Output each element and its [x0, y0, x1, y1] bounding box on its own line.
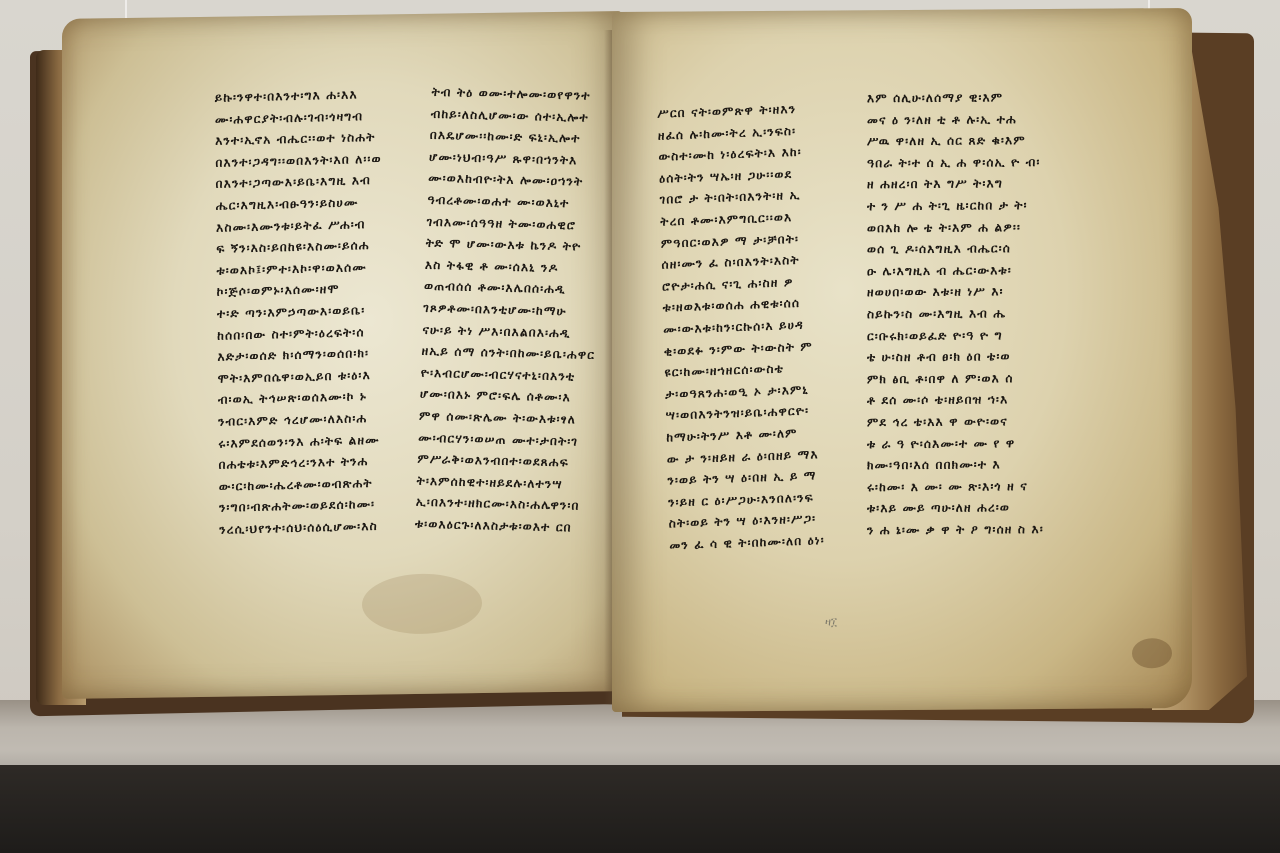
text-line: ሥዉ ዋ፡ለዘ ኢ ሰር ጸድ ቁ፡እም: [867, 130, 1117, 153]
text-line: ሩ፡ከሙ፡ እ ሙ፡ ሙ ጽ፡እ፡ጎ ዘ ና: [867, 475, 1117, 498]
text-line: ንረሲ፡ህየንተ፡ሰህ፡ሰዕሲሆሙ፡እስ: [219, 515, 409, 541]
text-line: መና ዕ ን፡ለዘ ቲ ቶ ሉ፡ኢ ተሐ: [867, 108, 1117, 131]
text-line: ን ሐ ኔ፡ሙ ቃ ዋ ት ዖ ግ፡ሰዘ ስ እ፡: [867, 518, 1117, 541]
text-line: ዘ ሐዘረ፡በ ትእ ግሥ ት፡እግ: [867, 173, 1117, 196]
left-page: ይኩ፡ንዋተ፡በእንተ፡ግእ ሐ፡እእ ሙ፡ሐዋርያት፡ብሉ፡ገብ፡ጎዛግብ እ…: [62, 11, 622, 699]
manuscript-book: ይኩ፡ንዋተ፡በእንተ፡ግእ ሐ፡እእ ሙ፡ሐዋርያት፡ብሉ፡ገብ፡ጎዛግብ እ…: [22, 10, 1257, 715]
floor-shadow: [0, 765, 1280, 853]
text-line: ክሙ፡ዓበ፡እሰ በበክሙ፡ተ እ: [867, 454, 1117, 477]
right-page-column-2: እም ሰሊሁ፡ለሰማያ ዊ፡እም መና ዕ ን፡ለዘ ቲ ቶ ሉ፡ኢ ተሐ ሥዉ…: [867, 86, 1117, 541]
right-page: ሥርበ ናት፡ወምጽዋ ት፡ዘእን ዘፈሰ ሉ፡ከሙ፡ትረ ኢ፡ንፍስ፡ ውስተ…: [612, 8, 1192, 712]
text-line: ምክ ፅቢ ቶ፡በዋ ለ ም፡ወእ ሰ: [867, 367, 1117, 390]
text-line: ወሰ ጊ ዶ፡ሰእግዚእ ብሔር፡ሰ: [867, 238, 1117, 261]
text-line: ዓበራ ት፡ተ ሰ ኢ ሐ ዋ፡ሰኢ ዮ ብ፡: [867, 151, 1117, 174]
text-line: እም ሰሊሁ፡ለሰማያ ዊ፡እም: [867, 86, 1117, 109]
text-line: ምደ ኅረ ቴ፡እእ ዋ ውዮ፡ወና: [867, 410, 1117, 433]
text-line: ወበእከ ሎ ቴ ት፡እም ሐ ልዎ፡፡: [867, 216, 1117, 239]
left-page-column-2: ትብ ትዕ ወሙ፡ተሎሙ፡ወየዋንተ ብከይ፡ለስሊሆሙ፡ው ሰተ፡ኢሎተ በእ…: [415, 82, 617, 540]
parchment-stain: [1132, 638, 1172, 668]
text-line: ዑ ሌ፡እግዚአ ብ ሔር፡ውእቱ፡: [867, 259, 1117, 282]
text-line: ተ ን ሥ ሐ ት፡ጊ ዜ፡ርከበ ታ ት፡: [867, 194, 1117, 217]
text-line: ር፡ቡሩክ፡ወይፈድ ዮ፡ዓ ዮ ግ: [867, 324, 1117, 347]
text-line: ቶ ደሰ ሙ፡ሶ ቴ፡ዘይበዝ ኀ፡እ: [867, 389, 1117, 412]
right-page-column-1: ሥርበ ናት፡ወምጽዋ ት፡ዘእን ዘፈሰ ሉ፡ከሙ፡ትረ ኢ፡ንፍስ፡ ውስተ…: [657, 97, 870, 557]
parchment-stain: [362, 573, 482, 635]
left-page-column-1: ይኩ፡ንዋተ፡በእንተ፡ግእ ሐ፡እእ ሙ፡ሐዋርያት፡ብሉ፡ገብ፡ጎዛግብ እ…: [215, 83, 410, 541]
folio-number-mark: ዛ፲: [825, 615, 837, 629]
text-line: ቱ ራ ዓ ዮ፡ሰእሙ፡ተ ሙ የ ዋ: [867, 432, 1117, 455]
text-line: ስይኩን፡ስ ሙ፡እግዚ እብ ሔ: [867, 302, 1117, 325]
text-line: ቱ፡እይ ሙይ ጣሁ፡ለዘ ሐረ፡ወ: [867, 497, 1117, 520]
text-line: ቴ ሁ፡ስዘ ቶብ ፀ፡ክ ዕበ ቴ፡ወ: [867, 346, 1117, 369]
text-line: ዘወሀበ፡ወው እቱ፡ዘ ነሥ እ፡: [867, 281, 1117, 304]
text-line: ቱ፡ወእዕርጉ፡ለእስታቱ፡ወእተ ርበ: [415, 514, 601, 540]
